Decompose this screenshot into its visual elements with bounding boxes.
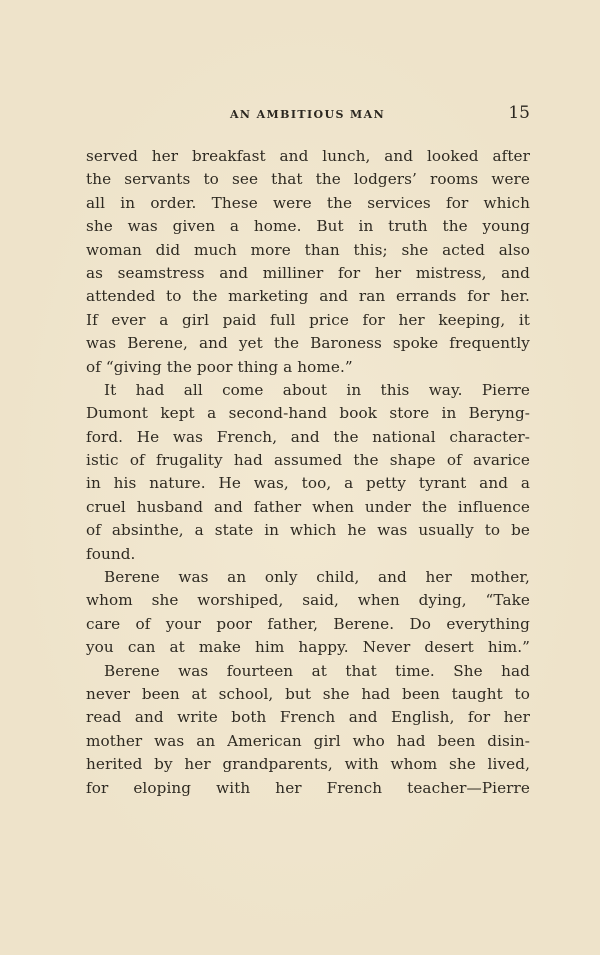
text-line: herited by her grandparents, with whom s… [86, 753, 530, 776]
paragraph-end-line: of “giving the poor thing a home.” [86, 356, 530, 379]
text-line: all in order. These were the services fo… [86, 192, 530, 215]
text-line: mother was an American girl who had been… [86, 730, 530, 753]
text-line: she was given a home. But in truth the y… [86, 215, 530, 238]
running-title: AN AMBITIOUS MAN [230, 108, 385, 121]
text-line: istic of frugality had assumed the shape… [86, 449, 530, 472]
text-line: care of your poor father, Berene. Do eve… [86, 613, 530, 636]
text-line: Dumont kept a second-hand book store in … [86, 402, 530, 425]
paragraph-end-line: found. [86, 543, 530, 566]
paragraph-start-line: It had all come about in this way. Pierr… [86, 379, 530, 402]
text-line: of absinthe, a state in which he was usu… [86, 519, 530, 542]
text-line: attended to the marketing and ran errand… [86, 285, 530, 308]
running-head: AN AMBITIOUS MAN 15 [86, 104, 530, 124]
text-line: in his nature. He was, too, a petty tyra… [86, 472, 530, 495]
paragraph-start-line: Berene was an only child, and her mother… [86, 566, 530, 589]
body-text: served her breakfast and lunch, and look… [86, 145, 530, 800]
text-line: as seamstress and milliner for her mistr… [86, 262, 530, 285]
text-line: ford. He was French, and the national ch… [86, 426, 530, 449]
text-line: woman did much more than this; she acted… [86, 239, 530, 262]
text-line: cruel husband and father when under the … [86, 496, 530, 519]
text-line: read and write both French and English, … [86, 706, 530, 729]
paragraph-start-line: Berene was fourteen at that time. She ha… [86, 660, 530, 683]
text-line: for eloping with her French teacher—Pier… [86, 777, 530, 800]
text-line: If ever a girl paid full price for her k… [86, 309, 530, 332]
text-line: served her breakfast and lunch, and look… [86, 145, 530, 168]
text-line: was Berene, and yet the Baroness spoke f… [86, 332, 530, 355]
paragraph-end-line: you can at make him happy. Never desert … [86, 636, 530, 659]
text-line: the servants to see that the lodgers’ ro… [86, 168, 530, 191]
text-line: whom she worshiped, said, when dying, “T… [86, 589, 530, 612]
book-page: AN AMBITIOUS MAN 15 served her breakfast… [0, 0, 600, 955]
text-line: never been at school, but she had been t… [86, 683, 530, 706]
page-number: 15 [508, 103, 530, 123]
